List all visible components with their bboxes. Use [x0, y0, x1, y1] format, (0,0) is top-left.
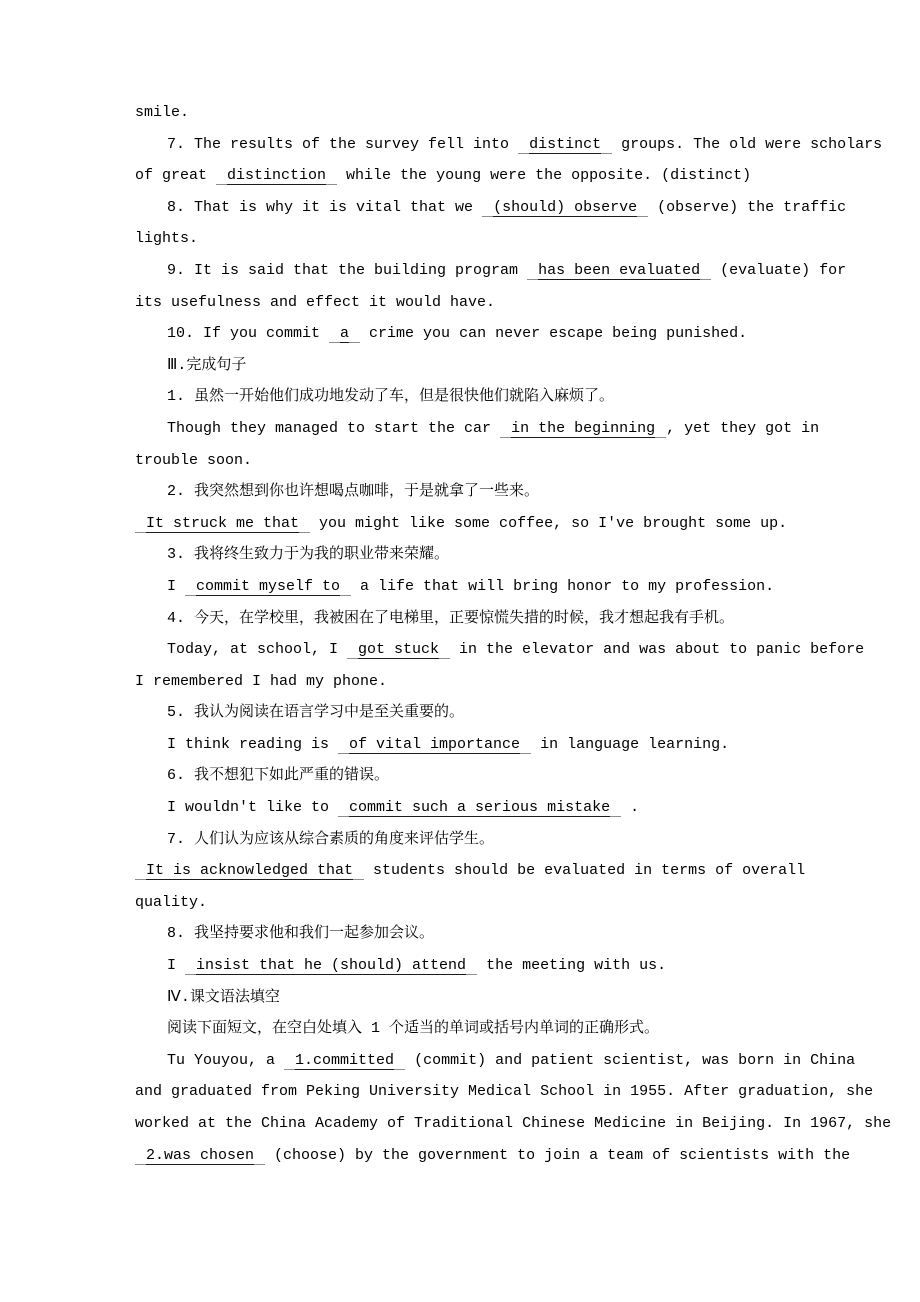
text-run: I think reading is — [167, 736, 338, 753]
text-line: Ⅲ.完成句子 — [135, 350, 905, 382]
text-run: in language learning. — [531, 736, 729, 753]
text-line: Today, at school, I got stuck in the ele… — [135, 634, 905, 666]
fill-in-blank: has been evaluated — [527, 262, 711, 280]
text-line: its usefulness and effect it would have. — [135, 287, 905, 319]
text-line: 8. 我坚持要求他和我们一起参加会议。 — [135, 918, 905, 950]
text-run: (evaluate) for — [711, 262, 846, 279]
text-run: and graduated from Peking University Med… — [135, 1083, 873, 1100]
text-run: a life that will bring honor to my profe… — [351, 578, 774, 595]
text-run: trouble soon. — [135, 452, 252, 469]
text-run: Ⅳ.课文语法填空 — [167, 989, 280, 1006]
text-line: 10. If you commit a crime you can never … — [135, 318, 905, 350]
text-run: of great — [135, 167, 216, 184]
text-line: smile. — [135, 97, 905, 129]
text-line: lights. — [135, 223, 905, 255]
blank-answer: got stuck — [358, 641, 439, 659]
text-run: (observe) the traffic — [648, 199, 846, 216]
blank-answer: It struck me that — [146, 515, 299, 533]
text-line: 7. 人们认为应该从综合素质的角度来评估学生。 — [135, 824, 905, 856]
text-line: 3. 我将终生致力于为我的职业带来荣耀。 — [135, 539, 905, 571]
text-line: 5. 我认为阅读在语言学习中是至关重要的。 — [135, 697, 905, 729]
text-run: groups. The old were scholars — [612, 136, 882, 153]
blank-answer: a — [340, 325, 349, 343]
fill-in-blank: commit myself to — [185, 578, 351, 596]
blank-answer: distinction — [227, 167, 326, 185]
blank-answer: insist that he (should) attend — [196, 957, 466, 975]
text-line: It is acknowledged that students should … — [135, 855, 905, 887]
text-run: you might like some coffee, so I've brou… — [310, 515, 787, 532]
blank-answer: (should) observe — [493, 199, 637, 217]
text-run: in the elevator and was about to panic b… — [450, 641, 864, 658]
text-line: quality. — [135, 887, 905, 919]
text-run: lights. — [135, 230, 198, 247]
text-line: I wouldn't like to commit such a serious… — [135, 792, 905, 824]
text-run: 2. 我突然想到你也许想喝点咖啡，于是就拿了一些来。 — [167, 483, 539, 500]
blank-answer: commit myself to — [196, 578, 340, 596]
text-line: 8. That is why it is vital that we (shou… — [135, 192, 905, 224]
text-run: 3. 我将终生致力于为我的职业带来荣耀。 — [167, 546, 449, 563]
blank-answer: It is acknowledged that — [146, 862, 353, 880]
text-run: 9. It is said that the building program — [167, 262, 527, 279]
text-line: It struck me that you might like some co… — [135, 508, 905, 540]
text-run: Today, at school, I — [167, 641, 347, 658]
fill-in-blank: distinction — [216, 167, 337, 185]
text-line: 阅读下面短文，在空白处填入 1 个适当的单词或括号内单词的正确形式。 — [135, 1013, 905, 1045]
text-run: 7. 人们认为应该从综合素质的角度来评估学生。 — [167, 831, 494, 848]
text-run: 7. The results of the survey fell into — [167, 136, 518, 153]
text-run: 阅读下面短文，在空白处填入 1 个适当的单词或括号内单词的正确形式。 — [167, 1020, 659, 1037]
fill-in-blank: It struck me that — [135, 515, 310, 533]
text-run: 8. 我坚持要求他和我们一起参加会议。 — [167, 925, 434, 942]
text-line: 6. 我不想犯下如此严重的错误。 — [135, 760, 905, 792]
fill-in-blank: It is acknowledged that — [135, 862, 364, 880]
text-run: I — [167, 957, 185, 974]
fill-in-blank: got stuck — [347, 641, 450, 659]
blank-answer: of vital importance — [349, 736, 520, 754]
text-run: quality. — [135, 894, 207, 911]
text-line: I remembered I had my phone. — [135, 666, 905, 698]
text-run: Though they managed to start the car — [167, 420, 500, 437]
text-line: worked at the China Academy of Tradition… — [135, 1108, 905, 1140]
text-run: (choose) by the government to join a tea… — [265, 1147, 850, 1164]
document-page: smile.7. The results of the survey fell … — [135, 97, 905, 1171]
text-line: Though they managed to start the car in … — [135, 413, 905, 445]
text-run: Tu Youyou, a — [167, 1052, 284, 1069]
blank-answer: distinct — [529, 136, 601, 154]
text-run: , yet they got in — [666, 420, 819, 437]
text-line: 2.was chosen (choose) by the government … — [135, 1140, 905, 1172]
fill-in-blank: (should) observe — [482, 199, 648, 217]
text-line: Tu Youyou, a 1.committed (commit) and pa… — [135, 1045, 905, 1077]
blank-answer: 1.committed — [295, 1052, 394, 1070]
text-run: I remembered I had my phone. — [135, 673, 387, 690]
fill-in-blank: insist that he (should) attend — [185, 957, 477, 975]
text-line: 4. 今天，在学校里，我被困在了电梯里，正要惊慌失措的时候，我才想起我有手机。 — [135, 603, 905, 635]
text-line: of great distinction while the young wer… — [135, 160, 905, 192]
text-run: its usefulness and effect it would have. — [135, 294, 495, 311]
fill-in-blank: a — [329, 325, 360, 343]
text-line: 7. The results of the survey fell into d… — [135, 129, 905, 161]
fill-in-blank: distinct — [518, 136, 612, 154]
text-run: 1. 虽然一开始他们成功地发动了车，但是很快他们就陷入麻烦了。 — [167, 388, 614, 405]
fill-in-blank: of vital importance — [338, 736, 531, 754]
blank-answer: in the beginning — [511, 420, 655, 438]
fill-in-blank: commit such a serious mistake — [338, 799, 621, 817]
text-run: 6. 我不想犯下如此严重的错误。 — [167, 767, 389, 784]
document-body: smile.7. The results of the survey fell … — [135, 97, 905, 1171]
text-line: I commit myself to a life that will brin… — [135, 571, 905, 603]
text-run: 5. 我认为阅读在语言学习中是至关重要的。 — [167, 704, 464, 721]
text-run: Ⅲ.完成句子 — [167, 357, 246, 374]
text-line: Ⅳ.课文语法填空 — [135, 982, 905, 1014]
text-line: I insist that he (should) attend the mee… — [135, 950, 905, 982]
text-line: 9. It is said that the building program … — [135, 255, 905, 287]
text-line: I think reading is of vital importance i… — [135, 729, 905, 761]
text-run: students should be evaluated in terms of… — [364, 862, 805, 879]
text-line: and graduated from Peking University Med… — [135, 1076, 905, 1108]
text-run: crime you can never escape being punishe… — [360, 325, 747, 342]
text-run: (commit) and patient scientist, was born… — [405, 1052, 855, 1069]
text-line: trouble soon. — [135, 445, 905, 477]
text-run: 10. If you commit — [167, 325, 329, 342]
text-run: 8. That is why it is vital that we — [167, 199, 482, 216]
fill-in-blank: 2.was chosen — [135, 1147, 265, 1165]
fill-in-blank: 1.committed — [284, 1052, 405, 1070]
text-run: I — [167, 578, 185, 595]
text-run: worked at the China Academy of Tradition… — [135, 1115, 891, 1132]
text-run: while the young were the opposite. (dist… — [337, 167, 751, 184]
blank-answer: has been evaluated — [538, 262, 700, 280]
text-run: . — [621, 799, 639, 816]
blank-answer: commit such a serious mistake — [349, 799, 610, 817]
text-run: 4. 今天，在学校里，我被困在了电梯里，正要惊慌失措的时候，我才想起我有手机。 — [167, 610, 734, 627]
text-run: smile. — [135, 104, 189, 121]
fill-in-blank: in the beginning — [500, 420, 666, 438]
text-run: I wouldn't like to — [167, 799, 338, 816]
text-run: the meeting with us. — [477, 957, 666, 974]
text-line: 2. 我突然想到你也许想喝点咖啡，于是就拿了一些来。 — [135, 476, 905, 508]
text-line: 1. 虽然一开始他们成功地发动了车，但是很快他们就陷入麻烦了。 — [135, 381, 905, 413]
blank-answer: 2.was chosen — [146, 1147, 254, 1165]
